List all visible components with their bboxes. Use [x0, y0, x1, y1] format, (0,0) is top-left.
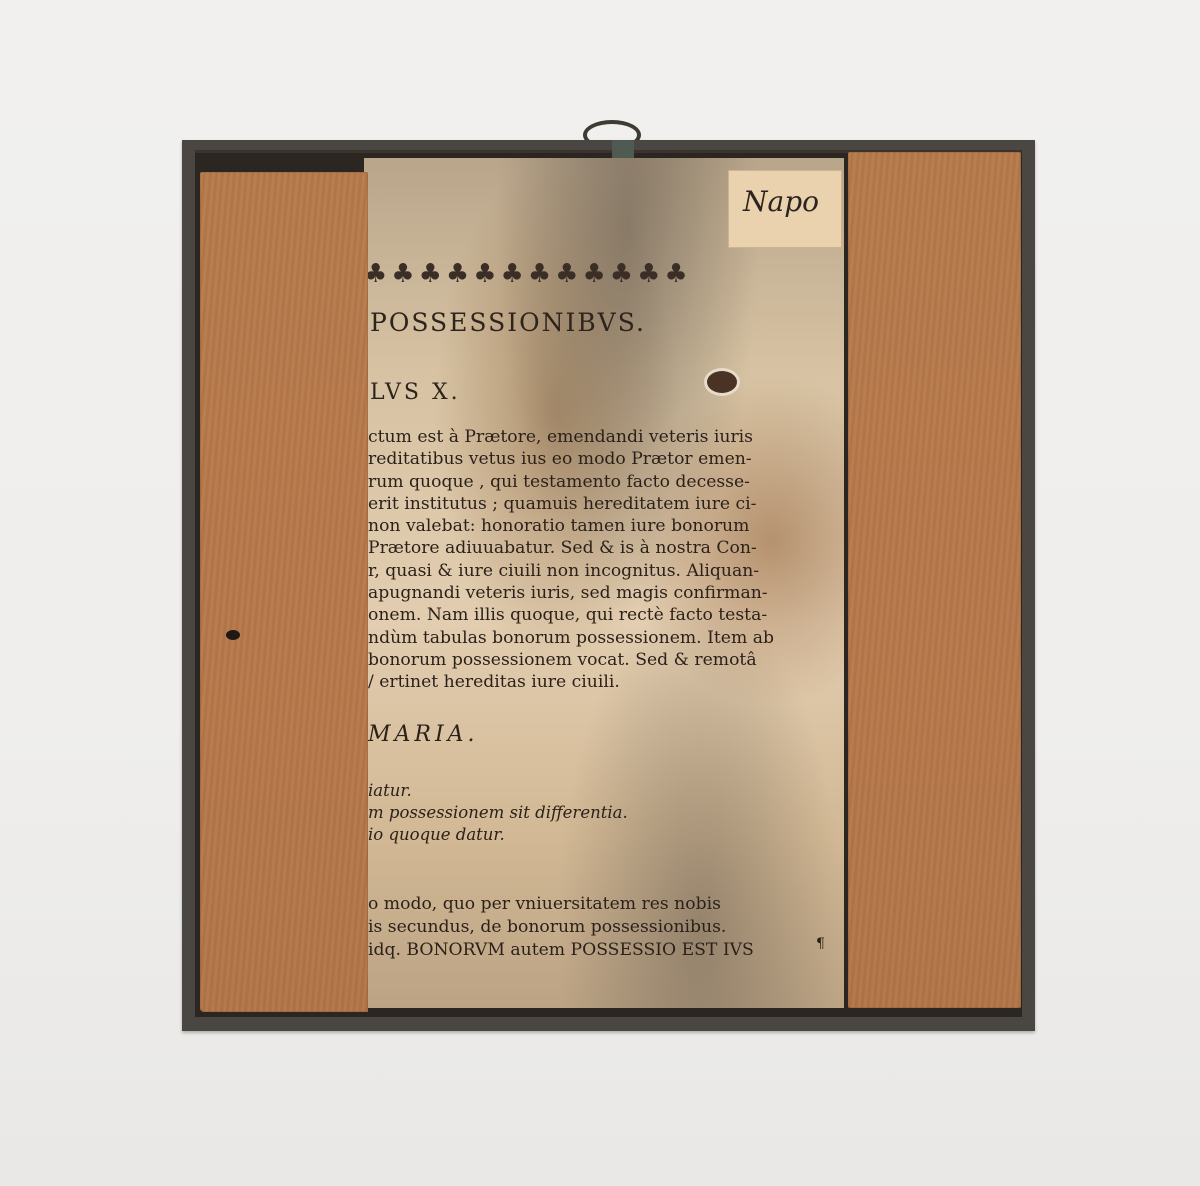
text-line: bonorum possessionem vocat. Sed & remotâ [368, 649, 838, 671]
paper-hole [704, 368, 740, 396]
text-line: r, quasi & iure ciuili non incognitus. A… [368, 560, 838, 582]
summary-line: io quoque datur. [368, 824, 628, 846]
text-line: idq. BONORVM autem POSSESSIO EST IVS [368, 939, 754, 962]
tape-hole [226, 630, 240, 640]
text-line: non valebat: honoratio tamen iure bonoru… [368, 515, 838, 537]
text-line: ndùm tabulas bonorum possessionem. Item … [368, 627, 838, 649]
text-line: rum quoque , qui testamento facto decess… [368, 471, 838, 493]
text-line: onem. Nam illis quoque, qui rectè facto … [368, 604, 838, 626]
summary-text: iatur. m possessionem sit differentia. i… [368, 780, 628, 846]
summary-line: iatur. [368, 780, 628, 802]
text-line: o modo, quo per vniuersitatem res nobis [368, 893, 754, 916]
text-line: Prætore adiuuabatur. Sed & is à nostra C… [368, 537, 838, 559]
right-paper-tape [848, 152, 1021, 1008]
printed-page-fragment: ♣♣♣♣♣♣♣♣♣♣♣♣ POSSESSIONIBVS. LVS X. ctum… [364, 158, 844, 1008]
handwritten-label: Napo [728, 170, 842, 248]
text-line: apugnandi veteris iuris, sed magis confi… [368, 582, 838, 604]
page-heading: POSSESSIONIBVS. [370, 308, 646, 337]
picture-frame-back: ♣♣♣♣♣♣♣♣♣♣♣♣ POSSESSIONIBVS. LVS X. ctum… [182, 140, 1035, 1031]
page-mark: ¶ [816, 936, 825, 952]
page-subheading: LVS X. [370, 380, 461, 405]
body-text: ctum est à Prætore, emendandi veteris iu… [368, 426, 838, 694]
label-text: Napo [743, 185, 819, 218]
summary-title: MARIA. [368, 722, 479, 747]
left-paper-tape [200, 172, 368, 1012]
text-line: reditatibus vetus ius eo modo Prætor eme… [368, 448, 838, 470]
summary-line: m possessionem sit differentia. [368, 802, 628, 824]
text-line: ctum est à Prætore, emendandi veteris iu… [368, 426, 838, 448]
ornamental-border: ♣♣♣♣♣♣♣♣♣♣♣♣ [364, 259, 784, 289]
text-line: erit institutus ; quamuis hereditatem iu… [368, 493, 838, 515]
text-line: is secundus, de bonorum possessionibus. [368, 916, 754, 939]
text-line: / ertinet hereditas iure ciuili. [368, 671, 838, 693]
tail-text: o modo, quo per vniuersitatem res nobis … [368, 893, 754, 962]
